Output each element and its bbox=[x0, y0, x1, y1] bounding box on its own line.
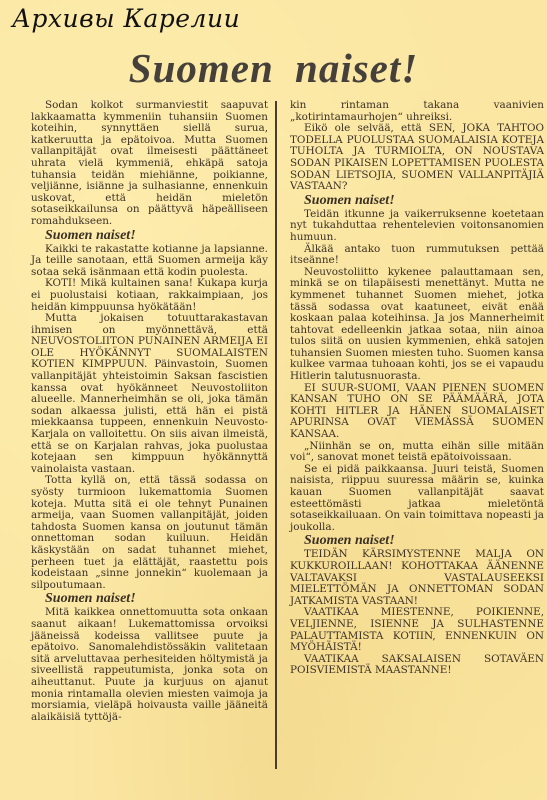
paragraph: Se ei pidä paikkaansa. Juuri teistä, Suo… bbox=[290, 464, 544, 534]
section-heading: Suomen naiset! bbox=[45, 592, 268, 606]
paragraph: Mitä kaikkea onnettomuutta sota onkaan s… bbox=[31, 607, 268, 723]
paragraph: VAATIKAA MIESTENNE, POIKIENNE, VELJIENNE… bbox=[290, 607, 544, 653]
paragraph: TEIDÄN KÄRSIMYSTENNE MALJA ON KUKKUROILL… bbox=[290, 549, 544, 607]
paragraph: „Niinhän se on, mutta eihän sille mitään… bbox=[290, 441, 544, 464]
right-column: kin rintaman takana vaanivien „kotirinta… bbox=[290, 100, 544, 677]
paragraph: Teidän itkunne ja vaikerruksenne koeteta… bbox=[290, 209, 544, 244]
left-column: Sodan kolkot surmanviestit saapuvat lakk… bbox=[31, 100, 268, 723]
column-divider bbox=[275, 101, 277, 769]
archive-label: Архивы Карелии bbox=[12, 4, 240, 33]
section-heading: Suomen naiset! bbox=[45, 229, 268, 243]
paragraph: VAATIKAA SAKSALAISEN SOTAVÄEN POISVIEMIS… bbox=[290, 654, 544, 677]
paragraph: kin rintaman takana vaanivien „kotirinta… bbox=[290, 100, 544, 123]
paragraph: Eikö ole selvää, että SEN, JOKA TAHTOO T… bbox=[290, 123, 544, 193]
section-heading: Suomen naiset! bbox=[304, 194, 544, 208]
paragraph: EI SUUR-SUOMI, VAAN PIENEN SUOMEN KANSAN… bbox=[290, 383, 544, 441]
paragraph: Sodan kolkot surmanviestit saapuvat lakk… bbox=[31, 100, 268, 228]
paragraph: KOTI! Mikä kultainen sana! Kukapa kurja … bbox=[31, 278, 268, 313]
section-heading: Suomen naiset! bbox=[304, 534, 544, 548]
paragraph: Neuvostoliitto kykenee palauttamaan sen,… bbox=[290, 267, 544, 383]
paragraph: Kaikki te rakastatte kotianne ja lapsian… bbox=[31, 244, 268, 279]
leaflet-title: Suomen naiset! bbox=[0, 44, 547, 92]
paragraph: Mutta jokaisen totuuttarakastavan ihmise… bbox=[31, 313, 268, 475]
paragraph: Totta kyllä on, että tässä sodassa on sy… bbox=[31, 475, 268, 591]
paragraph: Älkää antako tuon rummutuksen pettää its… bbox=[290, 244, 544, 267]
